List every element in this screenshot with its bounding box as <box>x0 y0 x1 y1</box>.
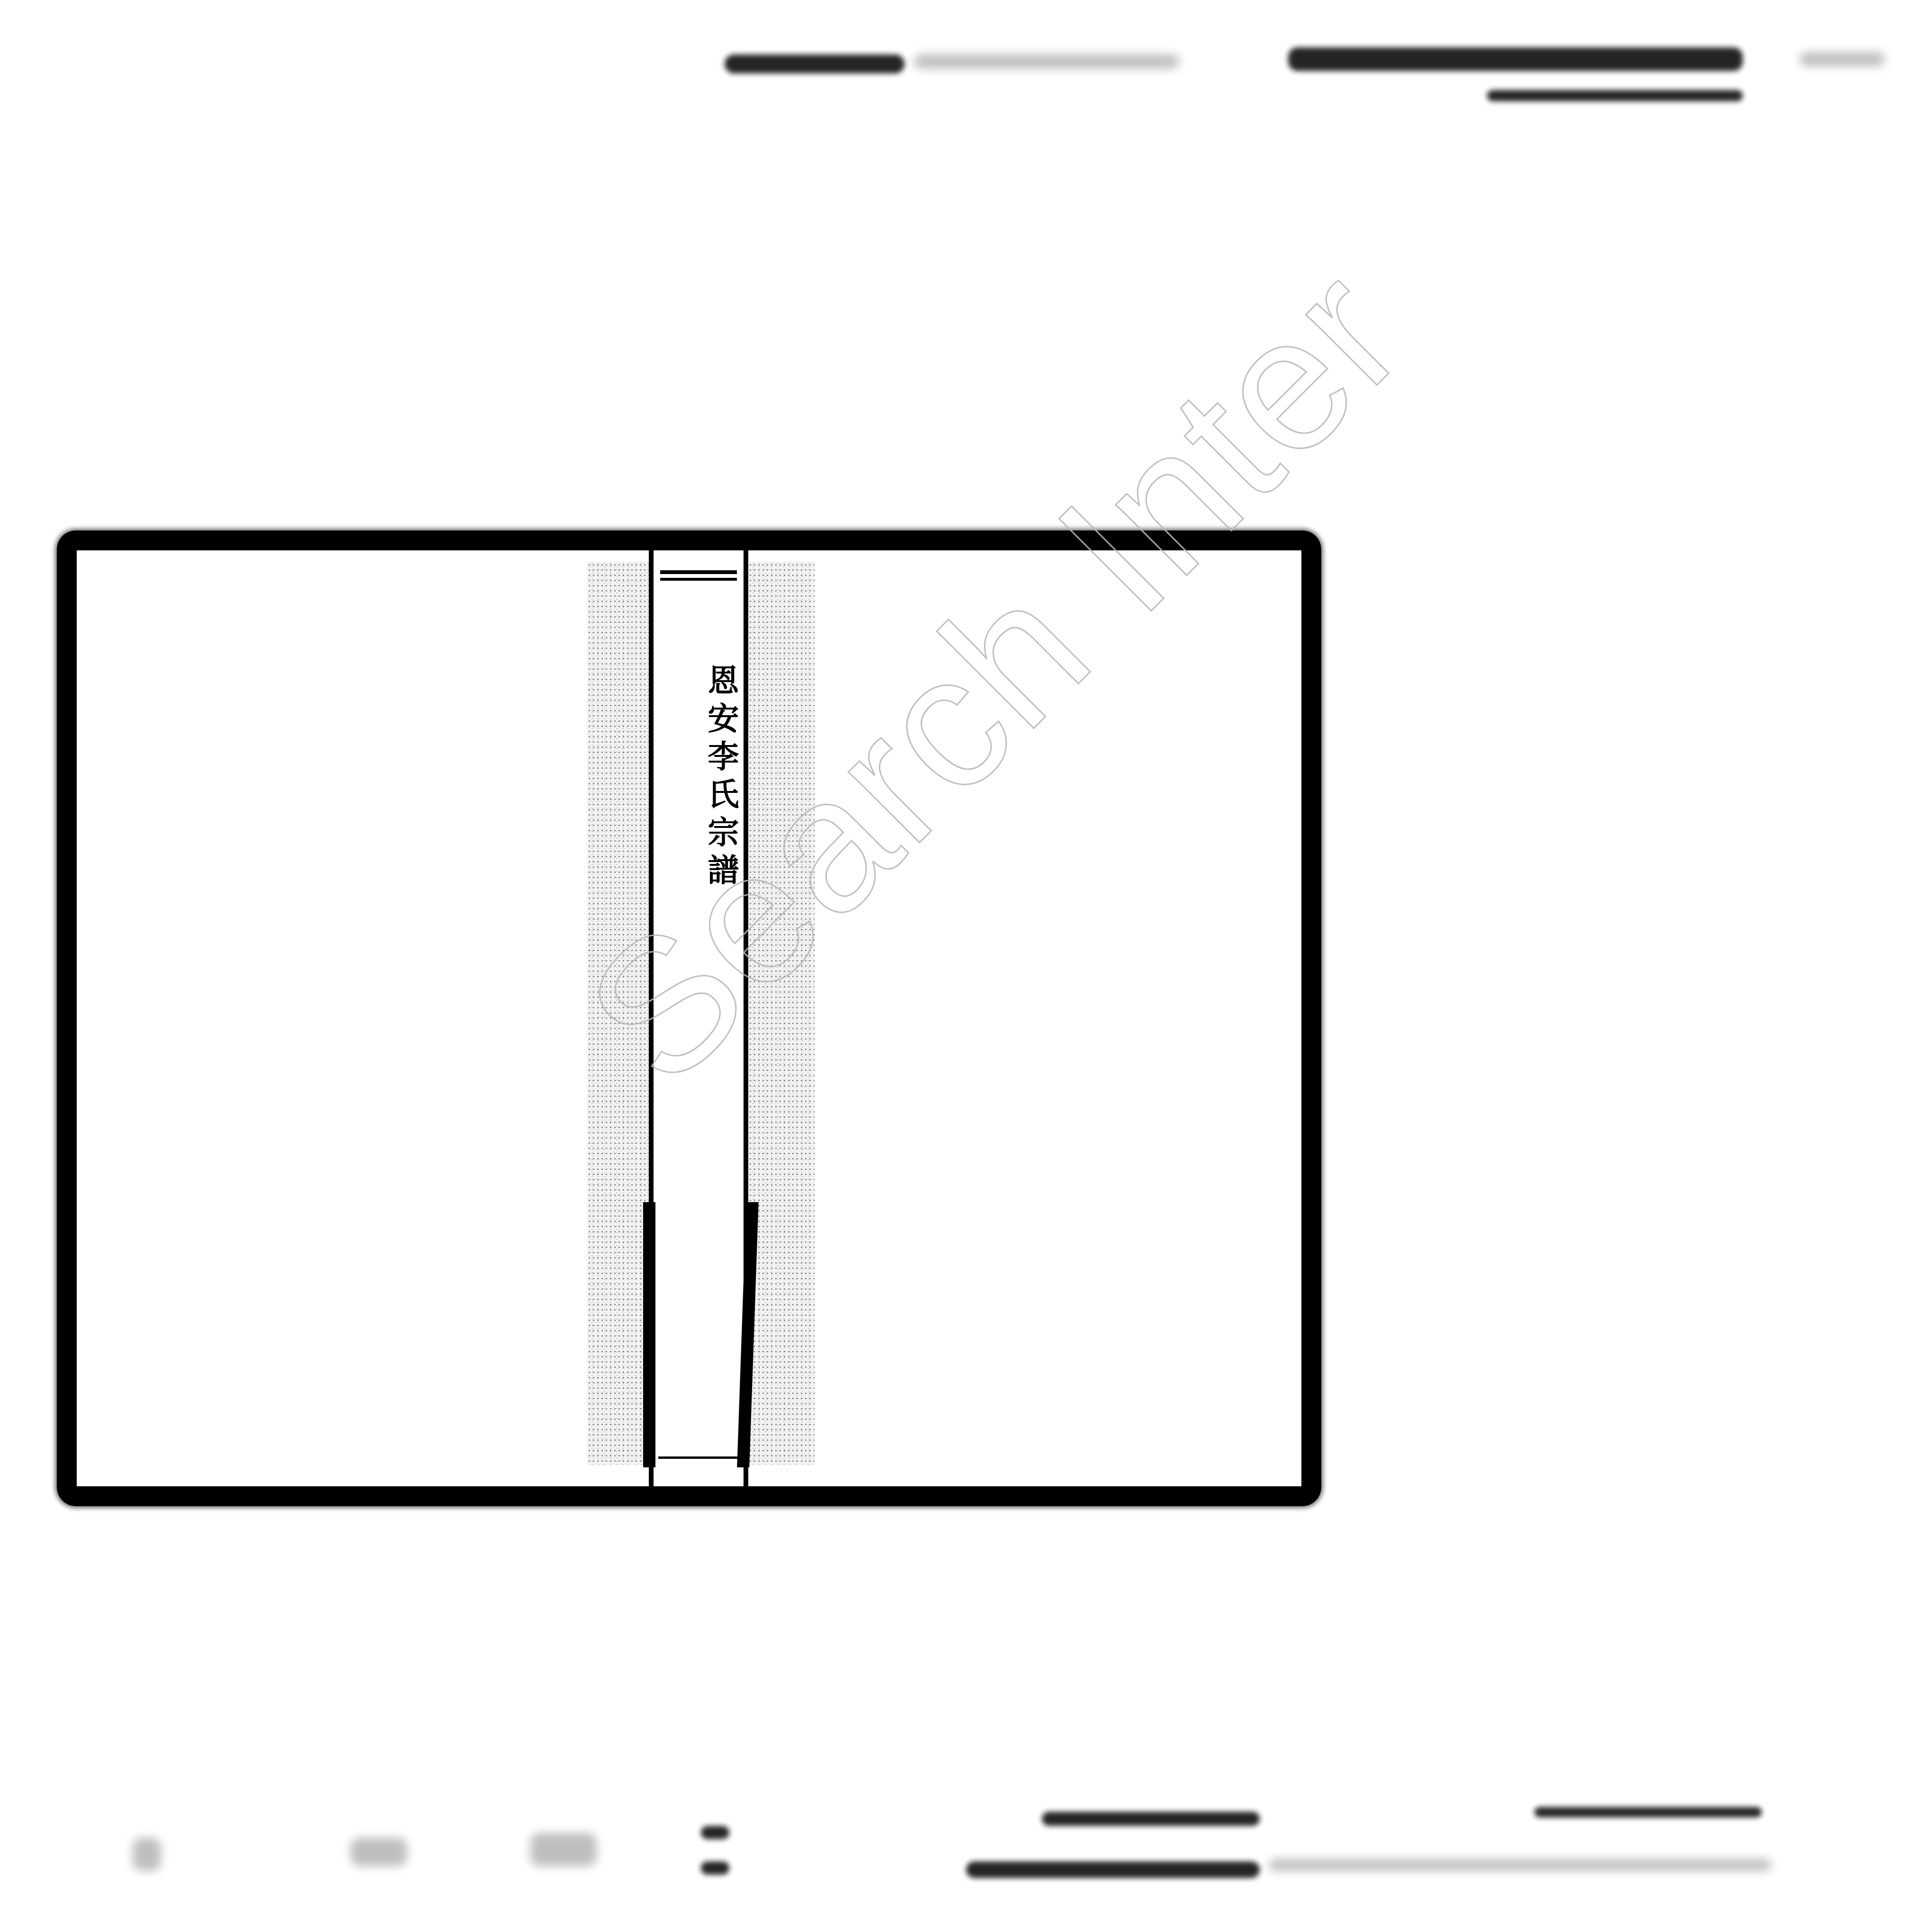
spine-bottom-rule <box>658 1456 739 1459</box>
scan-artifact-bottom-6 <box>966 1861 1260 1878</box>
scan-artifact-top-mid <box>914 54 1179 69</box>
scan-artifact-bottom-5 <box>701 1861 729 1875</box>
scan-artifact-top-left <box>725 54 905 73</box>
scan-artifact-bottom-7 <box>1042 1812 1260 1826</box>
scan-artifact-bottom-8 <box>1534 1807 1762 1817</box>
spine-top-rule-2 <box>660 578 737 581</box>
spine-clasp-left <box>643 1202 655 1467</box>
scan-artifact-top-right <box>1288 47 1743 71</box>
scan-artifact-bottom-2 <box>350 1838 407 1866</box>
scan-artifact-bottom-1 <box>133 1838 161 1871</box>
scan-artifact-top-far-right <box>1800 52 1885 66</box>
scan-artifact-bottom-4 <box>701 1826 729 1839</box>
scan-artifact-bottom-9 <box>1269 1859 1771 1871</box>
scan-artifact-top-right-lower <box>1487 90 1743 101</box>
spine-top-rule <box>660 570 737 574</box>
scan-artifact-bottom-3 <box>530 1833 597 1866</box>
